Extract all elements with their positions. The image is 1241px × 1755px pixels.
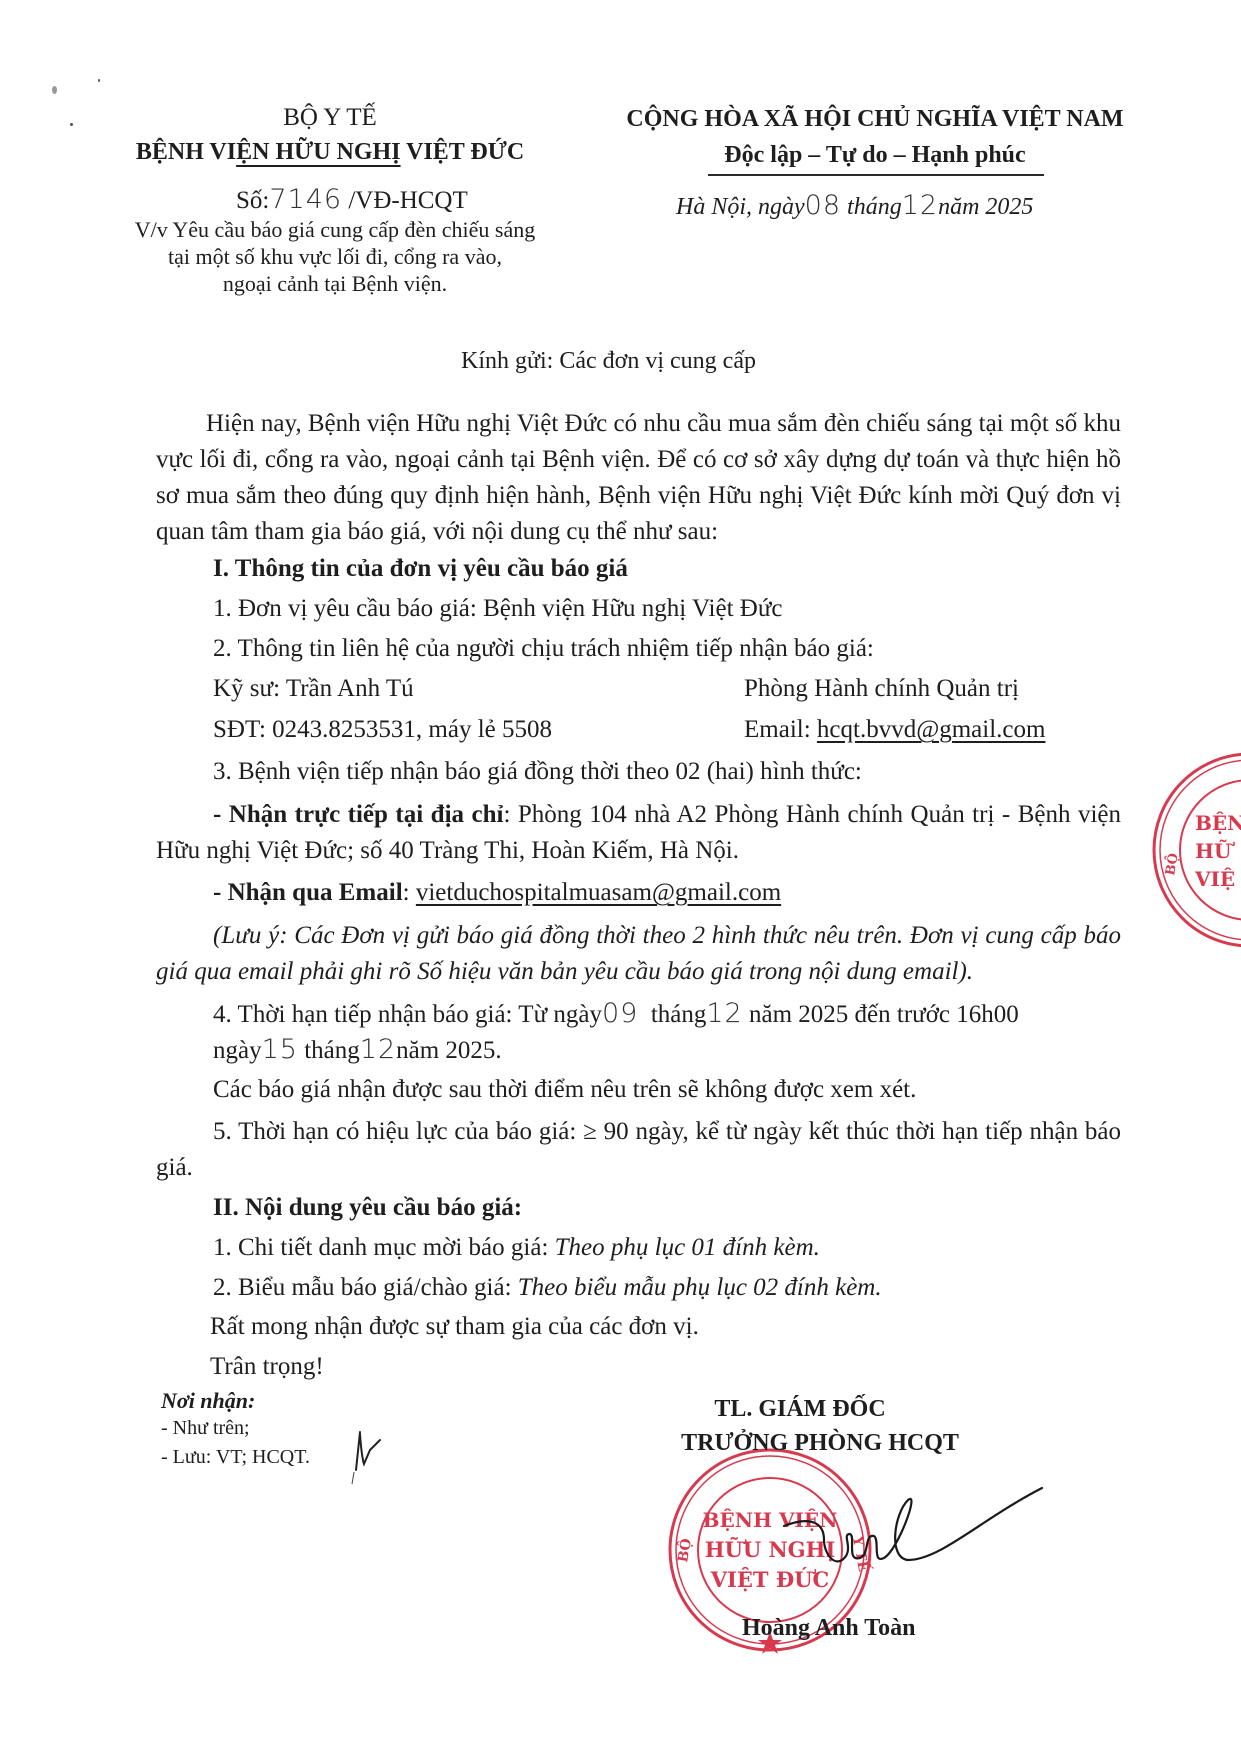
section-1-item-5: 5. Thời hạn có hiệu lực của báo giá: ≥ 9… xyxy=(156,1114,1121,1186)
hospital-name-part: VIỆT ĐỨC xyxy=(401,139,525,165)
date-line: Hà Nội, ngày08 tháng12năm 2025 xyxy=(676,190,1033,221)
submission-note: (Lưu ý: Các Đơn vị gửi báo giá đồng thời… xyxy=(156,918,1121,990)
contact-name: Kỹ sư: Trần Anh Tú xyxy=(213,675,414,703)
subject-line: ngoại cảnh tại Bệnh viện. xyxy=(100,270,570,297)
edge-stamp-line: BỆN xyxy=(1195,810,1241,835)
item-4-text: tháng xyxy=(651,1001,707,1028)
date-prefix: Hà Nội, ngày xyxy=(676,194,805,220)
section-1-title: I. Thông tin của đơn vị yêu cầu báo giá xyxy=(213,555,628,583)
intro-paragraph: Hiện nay, Bệnh viện Hữu nghị Việt Đức có… xyxy=(156,406,1121,550)
edge-stamp-partial: BỆN HỮ VIỆ BỘ xyxy=(1140,750,1241,950)
appendix-02-reference: Theo biểu mẫu phụ lục 02 đính kèm. xyxy=(518,1274,882,1301)
recipients-title: Nơi nhận: xyxy=(161,1388,255,1414)
contact-department: Phòng Hành chính Quản trị xyxy=(744,675,1019,703)
motto-underline xyxy=(708,174,1044,176)
handwritten-day-to: 15 xyxy=(262,1034,298,1065)
section-2-item-2: 2. Biểu mẫu báo giá/chào giá: Theo biểu … xyxy=(213,1274,882,1302)
subject-line: tại một số khu vực lối đi, cổng ra vào, xyxy=(100,243,570,270)
motto: Độc lập – Tự do – Hạnh phúc xyxy=(645,142,1105,169)
edge-stamp-ring-text: BỘ xyxy=(1161,852,1182,877)
email-submission-label: - Nhận qua Email xyxy=(213,879,403,906)
contact-email-line: Email: hcqt.bvvd@gmail.com xyxy=(744,716,1045,744)
scan-speck xyxy=(52,86,57,94)
item-4-text: 4. Thời hạn tiếp nhận báo giá: Từ ngày xyxy=(213,1001,602,1028)
date-year: năm 2025 xyxy=(938,194,1033,220)
initials-signature-icon xyxy=(340,1428,390,1488)
contact-phone: SĐT: 0243.8253531, máy lẻ 5508 xyxy=(213,716,552,744)
item-4-text: ngày xyxy=(213,1037,262,1064)
closing-regards: Trân trọng! xyxy=(210,1353,324,1381)
signature-title-1: TL. GIÁM ĐỐC xyxy=(640,1396,960,1423)
handwritten-month-from: 12 xyxy=(706,998,742,1029)
section-1-item-4: 4. Thời hạn tiếp nhận báo giá: Từ ngày09… xyxy=(213,998,1019,1029)
contact-email-label: Email: xyxy=(744,716,817,743)
email-submission: - Nhận qua Email: vietduchospitalmuasam@… xyxy=(213,879,781,907)
document-number: Số:7146 /VĐ-HCQT xyxy=(236,184,468,215)
recipients-item: - Lưu: VT; HCQT. xyxy=(161,1446,310,1469)
section-2-item-1-label: 1. Chi tiết danh mục mời báo giá: xyxy=(213,1234,555,1261)
contact-email-link[interactable]: hcqt.bvvd@gmail.com xyxy=(817,716,1046,743)
late-submission-note: Các báo giá nhận được sau thời điểm nêu … xyxy=(213,1076,916,1104)
submission-email-link[interactable]: vietduchospitalmuasam@gmail.com xyxy=(416,879,781,906)
section-1-item-3: 3. Bệnh viện tiếp nhận báo giá đồng thời… xyxy=(213,758,862,786)
direct-submission-label: - Nhận trực tiếp tại địa chỉ xyxy=(213,801,503,828)
hospital-name: BỆNH VIỆN HỮU NGHỊ VIỆT ĐỨC xyxy=(105,139,555,166)
section-1-item-2: 2. Thông tin liên hệ của người chịu trác… xyxy=(213,635,874,663)
handwritten-number: 7146 xyxy=(269,184,342,215)
handwritten-signature-icon xyxy=(780,1460,1060,1580)
subject-block: V/v Yêu cầu báo giá cung cấp đèn chiếu s… xyxy=(100,216,570,297)
direct-submission: - Nhận trực tiếp tại địa chỉ: Phòng 104 … xyxy=(156,797,1121,869)
section-2-item-2-label: 2. Biểu mẫu báo giá/chào giá: xyxy=(213,1274,518,1301)
handwritten-day-from: 09 xyxy=(602,998,638,1029)
hospital-name-part: BỆNH VI xyxy=(136,139,236,165)
hospital-name-underlined: ỆN HỮU NGHỊ xyxy=(236,139,400,165)
edge-stamp-line: HỮ xyxy=(1195,838,1235,863)
number-label: Số: xyxy=(236,187,269,214)
separator: : xyxy=(403,879,416,906)
date-month-label: tháng xyxy=(847,194,902,220)
section-2-item-1: 1. Chi tiết danh mục mời báo giá: Theo p… xyxy=(213,1234,820,1262)
edge-stamp-line: VIỆ xyxy=(1194,866,1235,891)
handwritten-day: 08 xyxy=(805,190,841,221)
signer-name: Hoàng Anh Toàn xyxy=(742,1615,915,1642)
item-4-text: tháng xyxy=(304,1037,360,1064)
item-4-text: năm 2025. xyxy=(396,1037,502,1064)
closing-line: Rất mong nhận được sự tham gia của các đ… xyxy=(210,1313,699,1341)
section-1-item-4-line-2: ngày15 tháng12năm 2025. xyxy=(213,1034,502,1065)
section-2-title: II. Nội dung yêu cầu báo giá: xyxy=(213,1194,522,1222)
signature-title-2: TRƯỞNG PHÒNG HCQT xyxy=(640,1430,1000,1457)
section-1-item-1: 1. Đơn vị yêu cầu báo giá: Bệnh viện Hữu… xyxy=(213,595,783,623)
scan-speck xyxy=(98,79,100,82)
country-name: CỘNG HÒA XÃ HỘI CHỦ NGHĨA VIỆT NAM xyxy=(595,106,1155,133)
appendix-01-reference: Theo phụ lục 01 đính kèm. xyxy=(555,1234,820,1261)
item-4-text: năm 2025 đến trước 16h00 xyxy=(749,1001,1019,1028)
recipient-line: Kính gửi: Các đơn vị cung cấp xyxy=(461,348,756,375)
handwritten-month: 12 xyxy=(902,190,938,221)
subject-line: V/v Yêu cầu báo giá cung cấp đèn chiếu s… xyxy=(100,216,570,243)
scan-speck xyxy=(70,123,73,126)
handwritten-month-to: 12 xyxy=(360,1034,396,1065)
ministry-name: BỘ Y TẾ xyxy=(130,104,530,132)
number-suffix: /VĐ-HCQT xyxy=(348,187,467,214)
recipients-item: - Như trên; xyxy=(161,1417,250,1440)
